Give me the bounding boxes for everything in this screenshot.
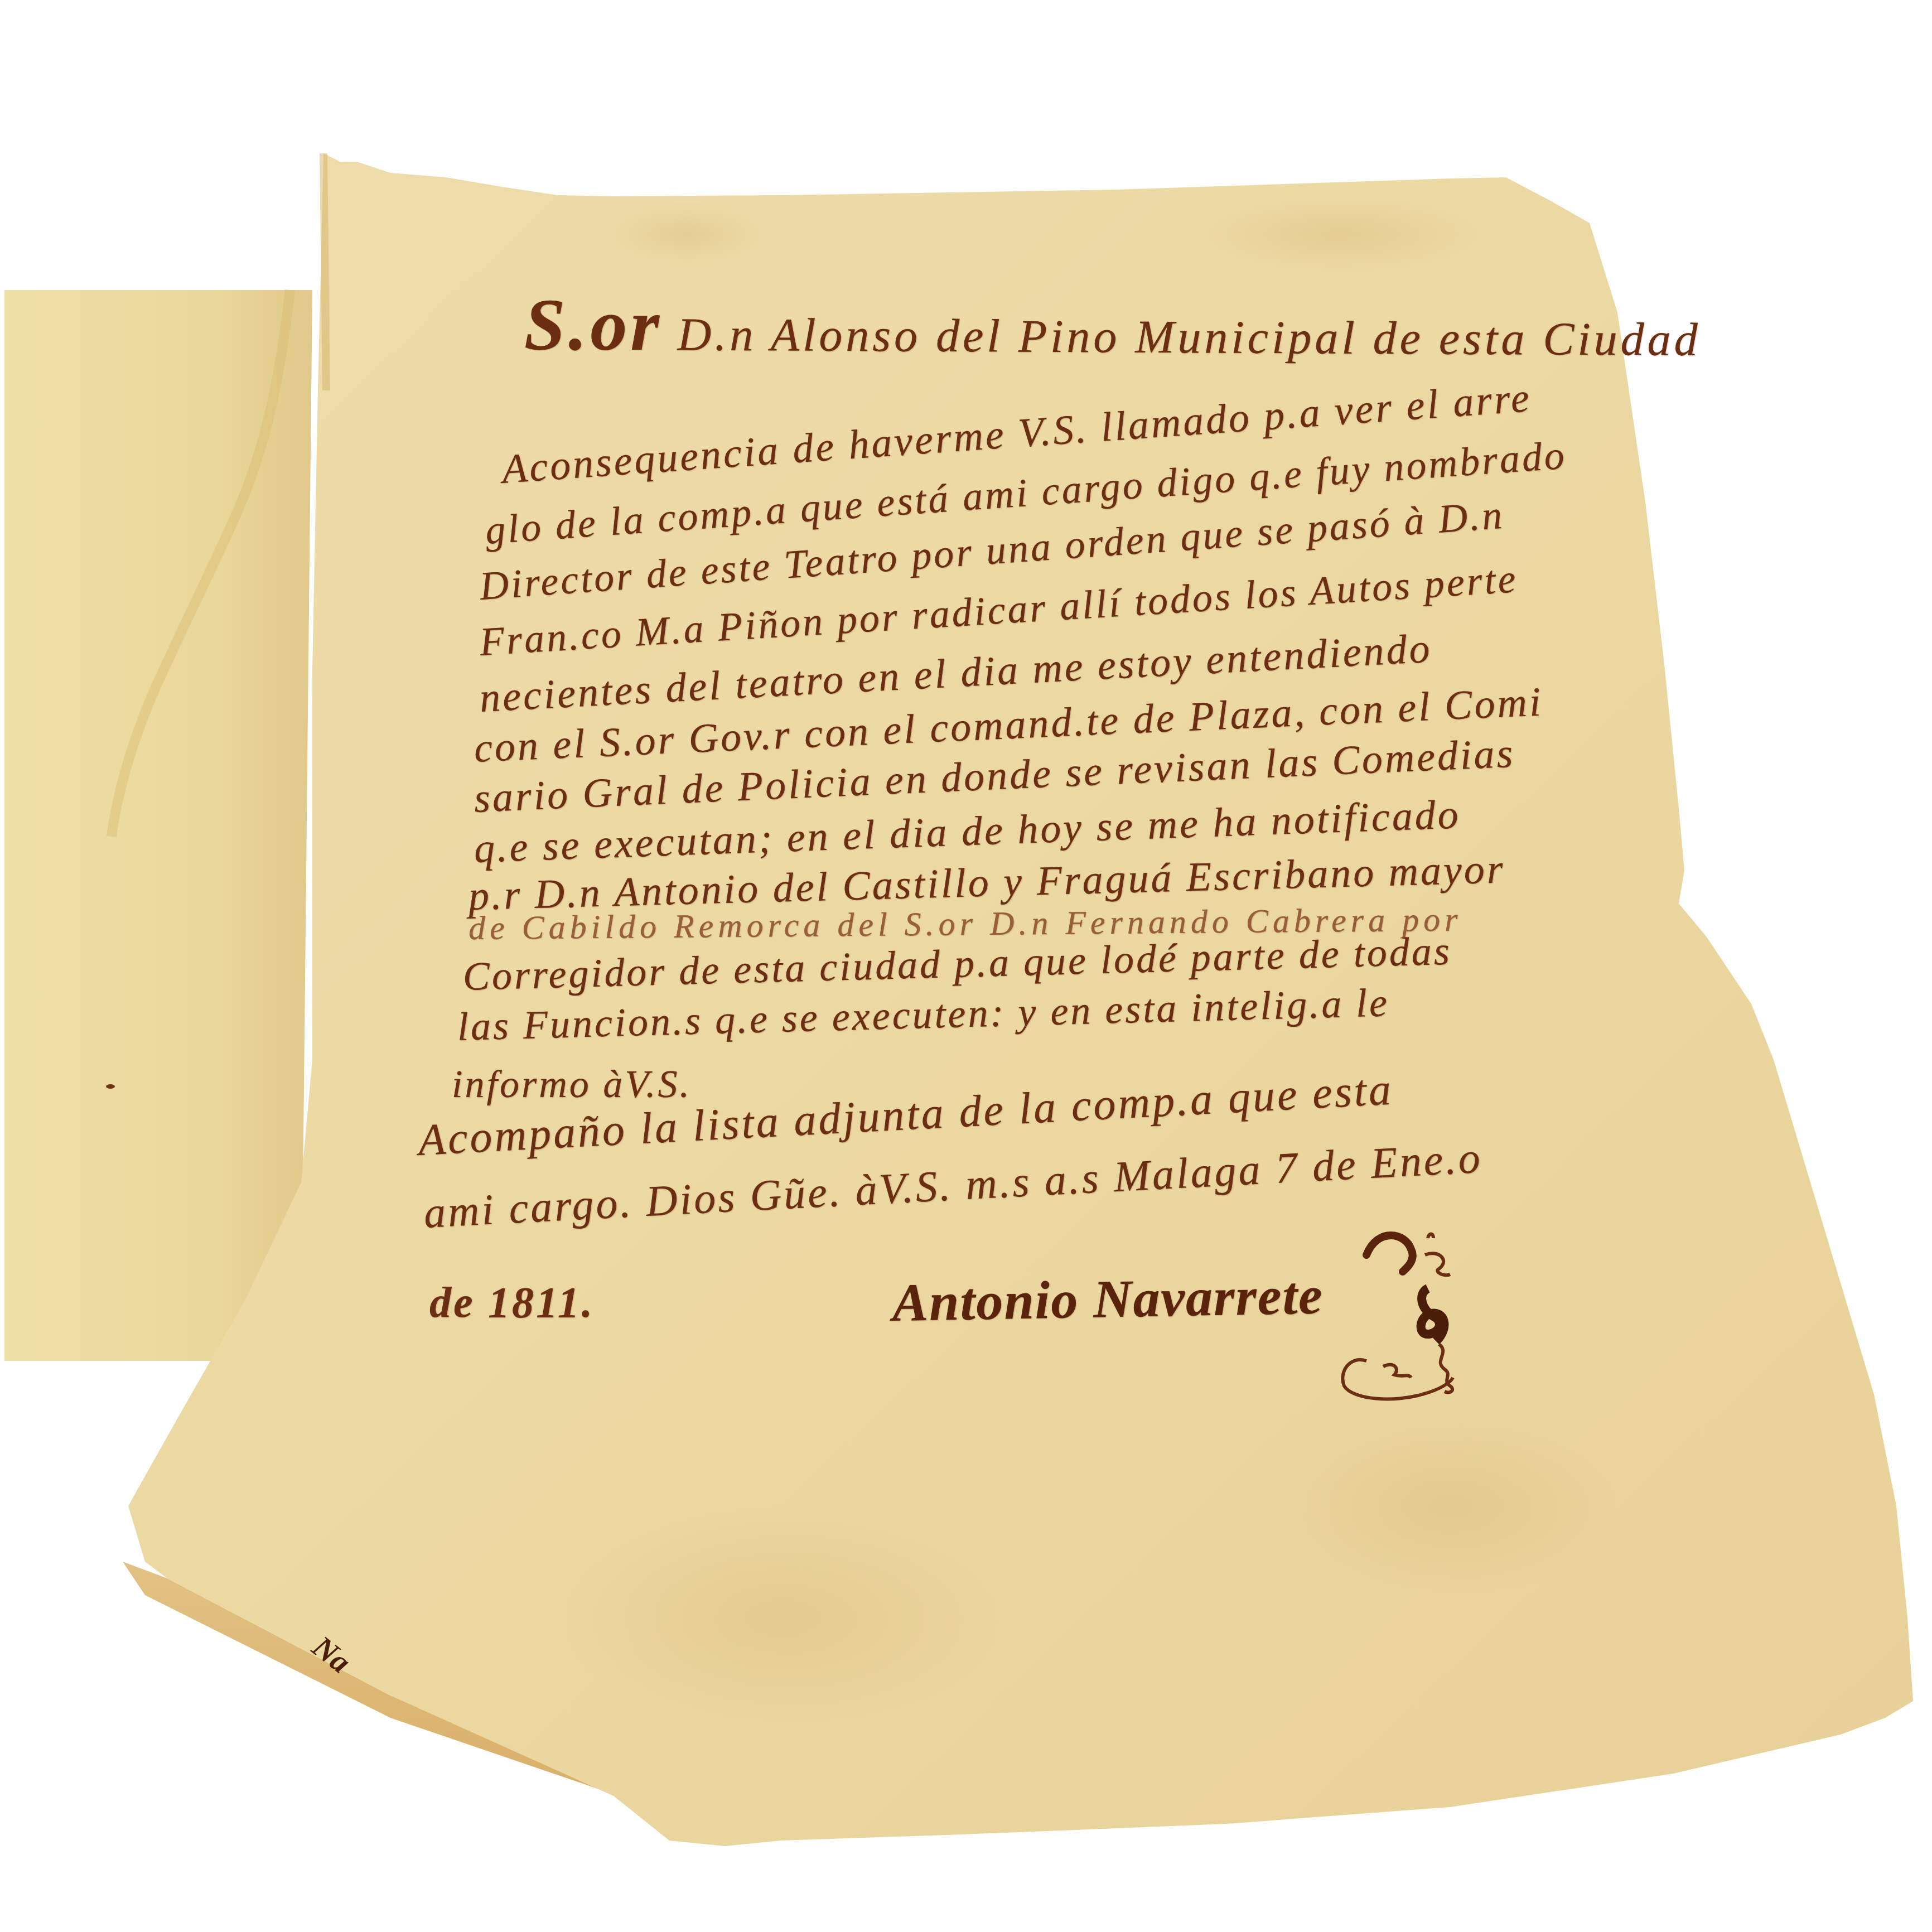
- body-line: informo àV.S.: [452, 1062, 692, 1107]
- salutation-prefix: S.or: [524, 283, 663, 366]
- signature: Antonio Navarrete: [892, 1264, 1324, 1334]
- edge-ink-mark: Na: [306, 1629, 358, 1681]
- handwriting: S.or D.n Alonso del Pino Municipal de es…: [0, 0, 1932, 1932]
- document-photo: S.or D.n Alonso del Pino Municipal de es…: [0, 0, 1932, 1932]
- addressee-line: S.or D.n Alonso del Pino Municipal de es…: [524, 282, 1702, 373]
- addressee-text: D.n Alonso del Pino Municipal de esta Ci…: [677, 308, 1701, 366]
- date-year-line: de 1811.: [429, 1277, 595, 1327]
- signature-rubric-icon: [1283, 1216, 1517, 1405]
